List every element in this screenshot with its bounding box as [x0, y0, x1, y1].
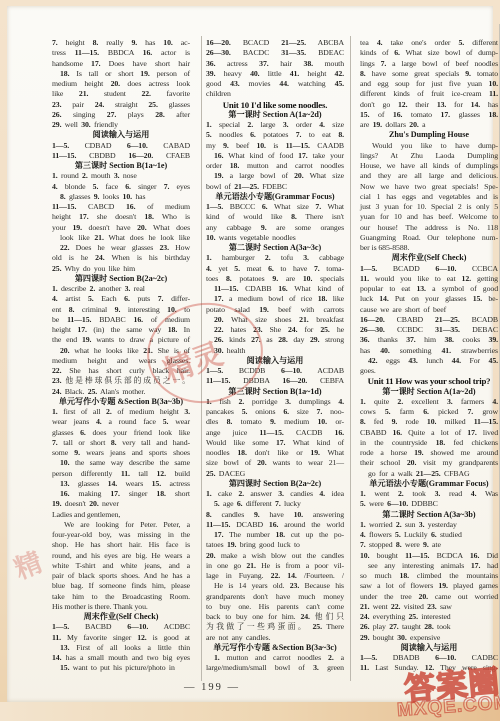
answer-line: 15. want to put his picture/photo in	[52, 663, 190, 673]
answer-line: person differently 11. tall 12. build	[52, 469, 190, 479]
answer-line: 8. candles 9. have 10. answering	[206, 510, 344, 520]
answer-line: rode a horse 19. showed me around	[360, 448, 498, 458]
answer-line: noodles 18. don't like or 19. What	[206, 448, 344, 458]
answer-line: 24. everything 25. interested	[360, 612, 498, 622]
answer-line: 5. age 6. different 7. lucky	[206, 499, 344, 509]
section-heading: 第二课时 Section A(3a~3c)	[206, 243, 344, 253]
answer-line: height 17. she doesn't 18. Who is	[52, 212, 190, 222]
answer-line: We are looking for Peter. Peter, a	[52, 520, 190, 530]
answer-line: bowl of 21—25. FDEBC	[206, 182, 344, 192]
answer-line: 1—5. BACBD 6—10. ACDBC	[52, 622, 190, 632]
answer-line: dles 8. tomato 9. medium 10. or-	[206, 417, 344, 427]
section-heading: Zhu's Dumpling House	[360, 130, 498, 140]
section-heading: 第三课时 Section B(1a~1d)	[206, 387, 344, 397]
answer-line: 16. What kind of food 17. take your	[206, 151, 344, 161]
answer-line: any cabbage 9. are some oranges	[206, 223, 344, 233]
answer-line: are not any candles.	[206, 633, 344, 643]
answer-line: 16. making 17. singer 18. short	[52, 489, 190, 499]
answer-line: 39. heavy 40. little 41. height 42.	[206, 69, 344, 79]
column-divider-right	[350, 36, 351, 681]
section-heading: 单元写作小专题 &Section B(3a~3c)	[206, 643, 344, 653]
answer-line: 18. Is tall or short 19. person of	[52, 69, 190, 79]
answer-line: 26—30. CCBDC 31—35. DEBAC	[360, 325, 498, 335]
answer-line: be 11—15. BDABC 16. of medium	[52, 315, 190, 325]
answer-line: tatoes 19. bring good luck to	[206, 540, 344, 550]
answer-line: lage in Fuyang. 22. 14. /Fourteen. /	[206, 571, 344, 581]
answer-line: 7. height 8. really 9. has 10. ac-	[52, 38, 190, 48]
answer-line: 1. hamburger 2. tofu 3. cabbage	[206, 253, 344, 263]
answer-line: the end 19. wants to draw a picture of	[52, 335, 190, 345]
answer-line: 7. stopped 8. were 9. ate	[360, 540, 498, 550]
book-page-photo: 7. height 8. really 9. has 10. ac-tress …	[0, 0, 500, 721]
column-divider-left	[201, 36, 202, 681]
answer-line: 1. first of all 2. of medium height 3.	[52, 407, 190, 417]
answer-line: 11. My favorite singer 12. is good at	[52, 633, 190, 643]
page-number: — 199 —	[157, 682, 267, 693]
answer-line: 1. quite 2. excellent 3. farmers 4.	[360, 397, 498, 407]
answer-line: 8. glasses 9. looks 10. has	[52, 192, 190, 202]
answer-line: Would like some 17. What kind of	[206, 438, 344, 448]
answer-line: 23. pair 24. straight 25. glasses	[52, 100, 190, 110]
answer-line: 17. a medium bowl of rice 18. like	[206, 294, 344, 304]
answer-line: 25. DACEG	[206, 469, 344, 479]
answer-line: 1—5. BCADD 6—10. CCBCA	[360, 264, 498, 274]
answer-line: tress 11—15. BBDCA 16. actor is	[52, 48, 190, 58]
answer-line: order 18. mutton and carrot noodles	[206, 161, 344, 171]
answer-line: are 19. dollars 20. a	[360, 120, 498, 130]
answer-line: large/medium/small bowl of 3. green	[206, 663, 344, 673]
section-heading: 第四课时 Section B(2a~2c)	[52, 274, 190, 284]
answer-line: just 3 yuan for 10. Special 2 is only 5	[360, 202, 498, 212]
answer-line: 8. fed 9. rode 10. milked 11—15.	[360, 417, 498, 427]
answer-line: so much 18. climbed the mountains	[360, 571, 498, 581]
answer-line: 17. The number 18. cut up the po-	[206, 530, 344, 540]
answer-line: 25. Why do you like him	[52, 264, 190, 274]
answer-line: white T-shirt and white jeans, and a	[52, 561, 190, 571]
answer-line: 16—20. CBABD 21—25. BCADB	[360, 315, 498, 325]
answer-line: ent 8. criminal 9. interesting 10. to	[52, 305, 190, 315]
answer-line: 10. bought 11—15. BCDCA 16. Did	[360, 551, 498, 561]
answer-line: 29. well 30. friendly	[52, 120, 190, 130]
section-heading: 第一课时 Section A(1a~2d)	[360, 387, 498, 397]
answer-line: cows 5. farm 6. picked 7. grow	[360, 407, 498, 417]
answer-line: toes 8. potatoes 9. are 10. specials	[206, 274, 344, 284]
section-heading: 周末作业(Self Check)	[52, 612, 190, 622]
section-heading: 周末作业(Self Check)	[360, 253, 498, 263]
answer-line: 42. eggs 43. lunch 44. For 45.	[360, 356, 498, 366]
answer-line: back to buy one for him. 24. 他们只	[206, 612, 344, 622]
answer-line: 22. Does he wear glasses 23. How	[52, 243, 190, 253]
answer-line: 1. went 2. took 3. read 4. Was	[360, 489, 498, 499]
section-heading: 第四课时 Section B(2a~2c)	[206, 479, 344, 489]
answer-line: 13. glasses 14. wears 15. actress	[52, 479, 190, 489]
answer-line: under the tree 20. came out worried	[360, 592, 498, 602]
answer-line: good 43. movies 44. watching 45.	[206, 79, 344, 89]
answer-line: ange juice 11—15. CACDB 16.	[206, 428, 344, 438]
answer-line: some 9. wears jeans and sports shoes	[52, 448, 190, 458]
answer-line: yuan for 10 and has beef. Welcome to	[360, 212, 498, 222]
answer-line: 11. Last Sunday. 12. They were sing-	[360, 663, 498, 673]
answer-line: lings 7. a large bowl of beef noodles	[360, 59, 498, 69]
answer-line: their school 20. visit my grandparents	[360, 458, 498, 468]
photo-bottom-border	[0, 702, 500, 721]
answer-line: grandparents don't have much money	[206, 592, 344, 602]
section-heading: 第二课时 Section A(3a~3b)	[360, 510, 498, 520]
answer-line: to buy one. His parents can't come	[206, 602, 344, 612]
answer-line: 1. fish 2. porridge 3. dumplings 4.	[206, 397, 344, 407]
answer-line: luck 14. Put on your glasses 15. be-	[360, 294, 498, 304]
answer-line: Now we have two great specials! Spe-	[360, 182, 498, 192]
answer-line: 15. of 16. tomato 17. glasses 18.	[360, 110, 498, 120]
answer-line: 1—5. DBADB 6—10. CADBC	[360, 653, 498, 663]
answer-line: see any interesting animals 17. had	[360, 561, 498, 571]
answer-line: cause we are short of beef	[360, 305, 498, 315]
answer-line: 11—15. CBDBD 16—20. CFAEB	[52, 151, 190, 161]
answer-line: His mother is there. Thank you.	[52, 602, 190, 612]
answer-line: 23. 他是棒球俱乐部的成员之一。	[52, 376, 190, 386]
answer-line: kinds of 6. What size bowl of dump-	[360, 48, 498, 58]
answer-line: blue bag. If someone finds him, please	[52, 581, 190, 591]
answer-line: popular to eat 13. a symbol of good	[360, 284, 498, 294]
answer-line: He is 14 years old. 23. Because his	[206, 581, 344, 591]
answer-line: 1—5. BBCCC 6. What size 7. What	[206, 202, 344, 212]
answer-line: 20. What size shoes 21. breakfast	[206, 315, 344, 325]
answer-line: old is he 24. When is his birthday	[52, 253, 190, 263]
answer-line: 26—30. BACDC 31—35. BDEAC	[206, 48, 344, 58]
answer-line: 36. thanks 37. him 38. cooks 39.	[360, 335, 498, 345]
answer-line: 13. First of all looks a little thin	[52, 643, 190, 653]
answer-line: like 21. student 22. favorite	[52, 89, 190, 99]
answer-line: 1. cake 2. answer 3. candies 4. idea	[206, 489, 344, 499]
answer-line: 1. round 2. mouth 3. nose	[52, 171, 190, 181]
answer-line: 26. play 27. taught 28. took	[360, 622, 498, 632]
section-heading: 单元写作小专题 &Section B(3a~3b)	[52, 397, 190, 407]
section-heading: Unit 11 How was your school trip?	[360, 376, 498, 386]
answer-line: potato salad 19. beef with carrots	[206, 305, 344, 315]
answer-line: 为我做了一些鸡蛋面。 25. There	[206, 622, 344, 632]
answer-column-left: 7. height 8. really 9. has 10. ac-tress …	[52, 38, 190, 674]
answer-column-middle: 16—20. BCACD 21—25. ABCBA26—30. BACDC 31…	[206, 38, 344, 674]
section-heading: Unit 10 I'd like some noodles.	[206, 100, 344, 110]
answer-line: 5. noodles 6. potatoes 7. to eat 8.	[206, 130, 344, 140]
answer-line: 11—15. CABCD 16. of medium	[52, 202, 190, 212]
answer-line: glasses 6. does your friend look like	[52, 428, 190, 438]
section-heading: 单元语法小专题(Grammar Focus)	[206, 192, 344, 202]
section-heading: 阅读输入与运用	[206, 356, 344, 366]
answer-line: 11—15. CDABB 16. What kind of	[206, 284, 344, 294]
answer-line: 4. flowers 5. Luckily 6. studied	[360, 530, 498, 540]
section-heading: 单元语法小专题(Grammar Focus)	[360, 479, 498, 489]
answer-line: 11—15. DBDBA 16—20. CEBFA	[206, 376, 344, 386]
answer-line: 16—20. BCACD 21—25. ABCBA	[206, 38, 344, 48]
answer-line: 1. worried 2. sun 3. yesterday	[360, 520, 498, 530]
answer-line: children	[206, 89, 344, 99]
answer-line: your 19. doesn't have 20. What does	[52, 223, 190, 233]
answer-line: has 40. something 41. strawberries	[360, 346, 498, 356]
answer-line: CBABD 16. Quite a lot of 17. lived	[360, 428, 498, 438]
answer-line: 22. hates 23. She 24. for 25. he	[206, 325, 344, 335]
answer-line: 1. mutton and carrot noodles 2. a	[206, 653, 344, 663]
answer-line: 21. went 22. visited 23. saw	[360, 602, 498, 612]
answer-line: 24. Black. 25. Alan's mother.	[52, 387, 190, 397]
answer-line: 26. kinds 27. as 28. day 29. strong	[206, 335, 344, 345]
answer-line: 5. were 6—10. DDBBC	[360, 499, 498, 509]
answer-page: 7. height 8. really 9. has 10. ac-tress …	[7, 6, 493, 702]
answer-line: my 9. beef 10. is 11—15. CAADB	[206, 141, 344, 151]
answer-line: tea 4. take one's order 5. different	[360, 38, 498, 48]
answer-line: kind of would like 8. There isn't	[206, 212, 344, 222]
answer-line: 11. would you like to eat 12. getting	[360, 274, 498, 284]
answer-line: goes.	[360, 366, 498, 376]
answer-line: 26. singing 27. plays 28. after	[52, 110, 190, 120]
answer-line: wear jeans 4. a round face 5. wear	[52, 417, 190, 427]
answer-line: handsome 17. Does have short hair	[52, 59, 190, 69]
answer-line: medium height 20. does actress look	[52, 79, 190, 89]
answer-line: House, we have all kinds of dumplings	[360, 161, 498, 171]
section-heading: 第一课时 Section A(1a~2d)	[206, 110, 344, 120]
answer-line: look like 21. What does he look like	[52, 233, 190, 243]
answer-line: pancakes 5. onions 6. size 7. noo-	[206, 407, 344, 417]
answer-line: 19. doesn't 20. never	[52, 499, 190, 509]
answer-line: height 17. (in) the same way 18. In	[52, 325, 190, 335]
answer-line: our house! The address is No. 118	[360, 223, 498, 233]
answer-line: don't go 12. their 13. for 14. has	[360, 100, 498, 110]
answer-line: take him to the Broadcasting Room.	[52, 592, 190, 602]
answer-line: Would you like to have dump-	[360, 141, 498, 151]
answer-line: 20. make a wish blow out the candles	[206, 551, 344, 561]
answer-line: 8. have some great specials 9. tomato	[360, 69, 498, 79]
answer-line: in one go 21. He is from a poor vil-	[206, 561, 344, 571]
answer-line: saw a lot of flowers 19. played games	[360, 581, 498, 591]
answer-line: 1—5. CDBAD 6—10. CABAD	[52, 141, 190, 151]
answer-line: Ladies and gentlemen,	[52, 510, 190, 520]
answer-line: 29. bought 30. expensive	[360, 633, 498, 643]
answer-line: and egg soup for just five yuan 10.	[360, 79, 498, 89]
answer-line: 19. a large bowl of 20. What size	[206, 171, 344, 181]
answer-line: cial 1 has eggs and vegetables and is	[360, 192, 498, 202]
answer-line: 11—15. DCABD 16. around the world	[206, 520, 344, 530]
answer-line: 1. describe 2. another 3. real	[52, 284, 190, 294]
answer-line: 4. yet 5. meat 6. to have 7. toma-	[206, 264, 344, 274]
answer-columns: 7. height 8. really 9. has 10. ac-tress …	[52, 38, 498, 674]
answer-line: shop. He has short hair. His face is	[52, 540, 190, 550]
answer-line: round, and his eyes are big. He wears a	[52, 551, 190, 561]
section-heading: 第三课时 Section B(1a~1e)	[52, 161, 190, 171]
section-heading: 阅读输入与运用	[52, 130, 190, 140]
answer-line: 10. wants vegetable noodles	[206, 233, 344, 243]
answer-line: ber is 685-8588.	[360, 243, 498, 253]
section-heading: 阅读输入与运用	[360, 643, 498, 653]
answer-line: pair of black sports shoes. And he has a	[52, 571, 190, 581]
answer-line: lings? At Zhu Laoda Dumpling	[360, 151, 498, 161]
answer-line: 36. actress 37. hair 38. mouth	[206, 59, 344, 69]
answer-line: 1. special 2. large 3. order 4. size	[206, 120, 344, 130]
answer-line: 30. health	[206, 346, 344, 356]
answer-column-right: tea 4. take one's order 5. differentkind…	[360, 38, 498, 674]
answer-line: Guangming Road. Our telephone num-	[360, 233, 498, 243]
answer-line: medium height and wears glasses.	[52, 356, 190, 366]
answer-line: 1—5. BCDDB 6—10. ACDAB	[206, 366, 344, 376]
answer-line: size bowl of 20. wants to wear 21—	[206, 458, 344, 468]
answer-line: and they are all large and delicious.	[360, 171, 498, 181]
answer-line: 4. artist 5. Each 6. puts 7. differ-	[52, 294, 190, 304]
answer-line: in the countryside 18. fed chickens	[360, 438, 498, 448]
answer-line: 14. has a small mouth and two big eyes	[52, 653, 190, 663]
answer-line: four-year-old boy, was missing in the	[52, 530, 190, 540]
answer-line: different kinds of fruit ice-cream 11.	[360, 89, 498, 99]
answer-line: 7. tall or short 8. very tall and hand-	[52, 438, 190, 448]
answer-line: 22. She has short curly black hair.	[52, 366, 190, 376]
answer-line: 10. the same way describe the same	[52, 458, 190, 468]
answer-line: go for a walk 21—25. CFBAG	[360, 469, 498, 479]
answer-line: 4. blonde 5. face 6. singer 7. eyes	[52, 182, 190, 192]
answer-line: 20. what he looks like 21. She is of	[52, 346, 190, 356]
